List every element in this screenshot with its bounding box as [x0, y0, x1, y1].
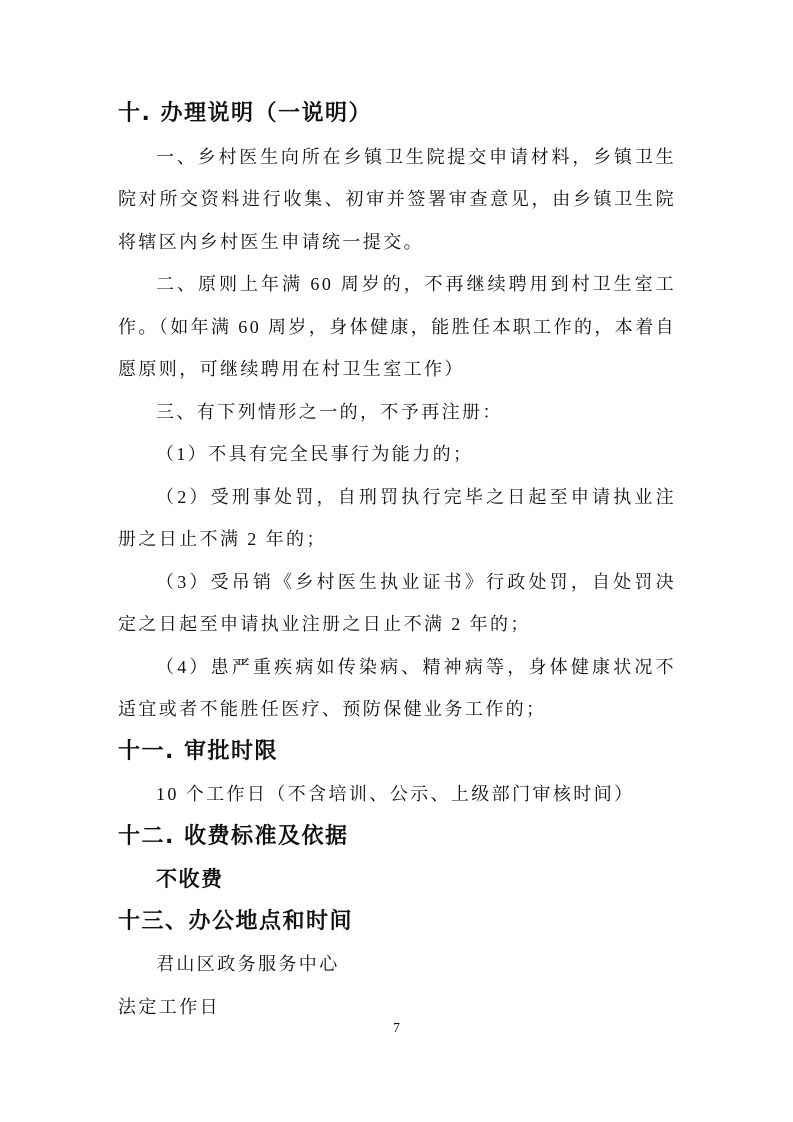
- body-paragraph: 君山区政务服务中心: [118, 943, 676, 986]
- section-heading: 十一. 审批时限: [118, 731, 676, 774]
- body-paragraph: 二、原则上年满 60 周岁的，不再继续聘用到村卫生室工作。（如年满 60 周岁，…: [118, 263, 676, 391]
- document-page: 十. 办理说明（一说明）一、乡村医生向所在乡镇卫生院提交申请材料，乡镇卫生院对所…: [0, 0, 793, 1122]
- body-paragraph: 三、有下列情形之一的，不予再注册：: [118, 391, 676, 434]
- body-paragraph: （4）患严重疾病如传染病、精神病等，身体健康状况不适宜或者不能胜任医疗、预防保健…: [118, 646, 676, 731]
- body-paragraph: （2）受刑事处罚，自刑罚执行完毕之日起至申请执业注册之日止不满 2 年的；: [118, 476, 676, 561]
- page-number: 7: [0, 1021, 793, 1037]
- body-paragraph: 10 个工作日（不含培训、公示、上级部门审核时间）: [118, 773, 676, 816]
- section-heading: 十三、办公地点和时间: [118, 901, 676, 944]
- section-heading: 十二. 收费标准及依据: [118, 816, 676, 859]
- body-paragraph: 一、乡村医生向所在乡镇卫生院提交申请材料，乡镇卫生院对所交资料进行收集、初审并签…: [118, 136, 676, 264]
- body-paragraph: （1）不具有完全民事行为能力的；: [118, 433, 676, 476]
- section-heading: 十. 办理说明（一说明）: [118, 93, 676, 136]
- body-paragraph: （3）受吊销《乡村医生执业证书》行政处罚，自处罚决定之日起至申请执业注册之日止不…: [118, 561, 676, 646]
- document-body: 十. 办理说明（一说明）一、乡村医生向所在乡镇卫生院提交申请材料，乡镇卫生院对所…: [118, 93, 676, 1028]
- emphasis-paragraph: 不收费: [118, 858, 676, 901]
